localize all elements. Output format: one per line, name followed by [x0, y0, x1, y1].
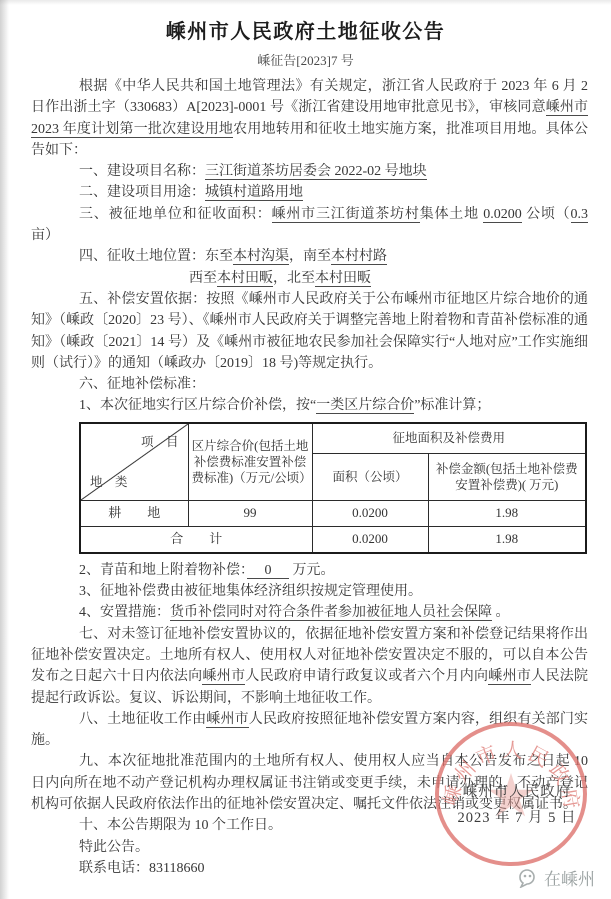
underlined-text: 嵊州市 [206, 712, 248, 728]
signature-block: 嵊州市人民政府 2023 年 7 月 5 日 [436, 780, 598, 832]
underlined-text: 本村田畈 [217, 271, 273, 287]
underlined-text: 嵊州市 [202, 669, 245, 685]
signature-date: 2023 年 7 月 5 日 [436, 806, 598, 827]
table-total-row: 合 计 0.0200 1.98 [80, 526, 586, 553]
underlined-text: 三江街道茶坊居委会 2022-02 号地块 [205, 164, 427, 180]
paragraph: 根据《中华人民共和国土地管理法》有关规定，浙江省人民政府于 2023 年 6 月… [31, 76, 588, 161]
paragraph: 3、征地补偿费由被征地集体经济组织按规定管理使用。 [31, 581, 588, 602]
paragraph: 六、征地补偿标准： [31, 374, 588, 395]
paragraph: 八、土地征收工作由嵊州市人民政府按照征地补偿安置方案内容，组织有关部门实施。 [31, 709, 588, 752]
cell-total-label: 合 计 [80, 526, 312, 553]
cell-price: 99 [188, 500, 312, 526]
watermark-logo-icon [517, 868, 539, 888]
compensation-table: 项 目 地 类 区片综合价(包括土地补偿费标准安置补偿费标准)（万元/公顷） 征… [79, 422, 587, 554]
paragraph: 二、建设项目用途：城镇村道路用地 [31, 182, 588, 203]
land-acquisition-notice-page: 嵊州市人民政府土地征收公告 嵊征告[2023]7 号 根据《中华人民共和国土地管… [0, 0, 611, 899]
paragraph: 一、建设项目名称：三江街道茶坊居委会 2022-02 号地块 [31, 161, 588, 182]
underlined-text: 嵊州市三江街道茶坊村 [272, 207, 420, 223]
signature-authority: 嵊州市人民政府 [436, 780, 598, 801]
paragraph: 三、被征地单位和征收面积：嵊州市三江街道茶坊村集体土地 0.0200 公顷（0.… [31, 204, 588, 247]
header-group: 征地面积及补偿费用 [312, 423, 586, 454]
underlined-text: 本村田畈 [315, 271, 371, 287]
cell-land-type: 耕 地 [80, 500, 188, 526]
paragraph: 四、征收土地位置：东至本村沟渠，南至本村村路 [31, 246, 588, 267]
header-area-col: 面积（公顷） [312, 453, 428, 500]
paragraph: 2、青苗和地上附着物补偿： 0 万元。 [31, 560, 588, 581]
cell-total-area: 0.0200 [312, 526, 428, 553]
document-number: 嵊征告[2023]7 号 [0, 50, 611, 69]
diagonal-label-landtype: 地 类 [90, 474, 128, 490]
underlined-text: 货币补偿同时对符合条件者参加被征地人员社会保障 [170, 605, 492, 621]
underlined-text: 0.3 [571, 207, 589, 223]
cell-total-amount: 1.98 [428, 526, 586, 553]
diagonal-label-project: 项 目 [141, 434, 179, 450]
underlined-text: 0 [247, 563, 289, 579]
table-diagonal-header-cell: 项 目 地 类 [80, 423, 188, 501]
paragraph: 特此公告。 [31, 837, 588, 858]
paragraph: 1、本次征地实行区片综合价补偿，按“一类区片综合价”标准计算； [31, 395, 588, 416]
underlined-text: 0.0200 [483, 207, 522, 223]
underlined-text: 一类区片综合价 [316, 398, 414, 414]
watermark: 在嵊州 [517, 865, 595, 890]
paragraphs-before-table: 根据《中华人民共和国土地管理法》有关规定，浙江省人民政府于 2023 年 6 月… [31, 76, 588, 417]
paragraph: 联系电话：83118660 [31, 858, 588, 879]
paragraph: 西至本村田畈，北至本村田畈 [31, 268, 588, 289]
underlined-text: 嵊州市 [488, 669, 531, 685]
paragraph: 五、补偿安置依据：按照《嵊州市人民政府关于公布嵊州市征地区片综合地价的通知》（嵊… [31, 289, 588, 374]
paragraph: 七、对未签订征地补偿安置协议的，依据征地补偿安置方案和补偿登记结果将作出征地补偿… [31, 624, 588, 709]
underlined-text: 本村村路 [331, 249, 387, 265]
underlined-text: 城镇村道路用地 [205, 185, 303, 201]
cell-area: 0.0200 [312, 500, 428, 526]
header-price-col: 区片综合价(包括土地补偿费标准安置补偿费标准)（万元/公顷） [188, 423, 312, 501]
watermark-label: 在嵊州 [544, 865, 595, 890]
cell-amount: 1.98 [428, 500, 586, 526]
header-amount-col: 补偿金额(包括土地补偿费安置补偿费)( 万元) [428, 453, 586, 500]
page-title: 嵊州市人民政府土地征收公告 [0, 0, 611, 44]
paragraph: 4、安置措施：货币补偿同时对符合条件者参加被征地人员社会保障 。 [31, 602, 588, 623]
underlined-text: 本村沟渠 [233, 249, 289, 265]
table-row: 耕 地 99 0.0200 1.98 [80, 500, 586, 526]
document-body: 根据《中华人民共和国土地管理法》有关规定，浙江省人民政府于 2023 年 6 月… [0, 69, 611, 879]
